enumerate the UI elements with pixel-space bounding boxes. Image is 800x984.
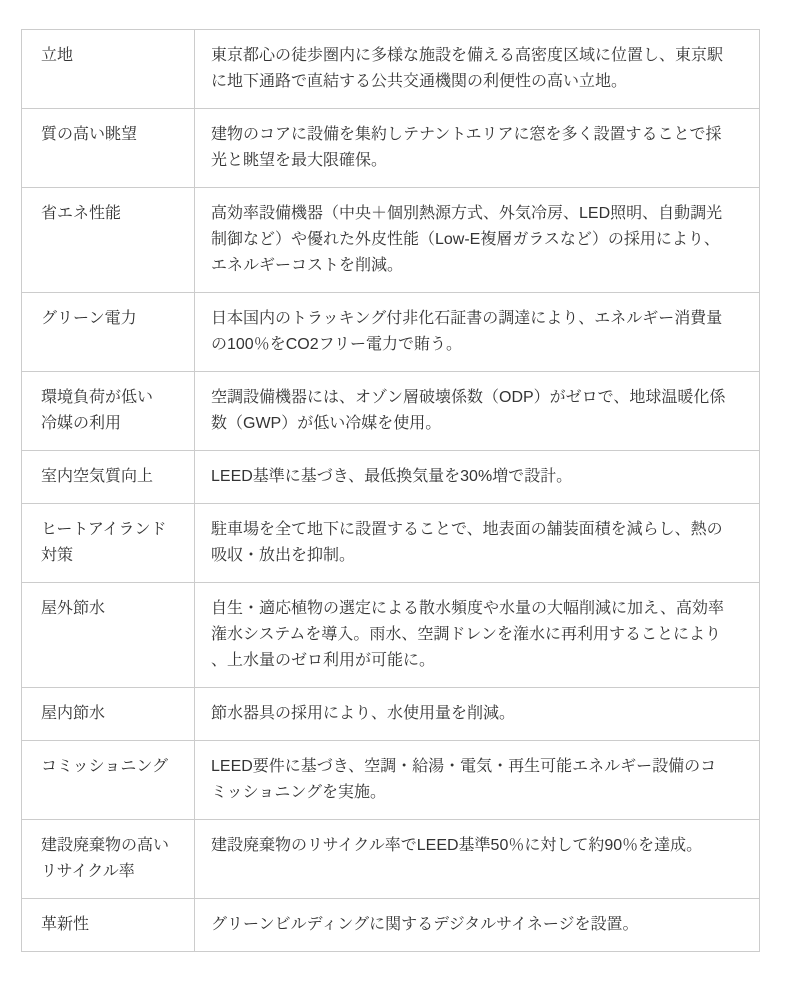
table-row: 環境負荷が低い 冷媒の利用 空調設備機器には、オゾン層破壊係数（ODP）がゼロで… [22, 371, 759, 450]
row-label: 立地 [22, 30, 195, 108]
table-row: 屋外節水 自生・適応植物の選定による散水頻度や水量の大幅削減に加え、高効率潅水シ… [22, 582, 759, 687]
row-label: グリーン電力 [22, 293, 195, 371]
row-description: LEED基準に基づき、最低換気量を30%増で設計。 [195, 451, 759, 503]
row-description: 建物のコアに設備を集約しテナントエリアに窓を多く設置することで採光と眺望を最大限… [195, 109, 759, 187]
row-label: 建設廃棄物の高い リサイクル率 [22, 820, 195, 898]
row-description: グリーンビルディングに関するデジタルサイネージを設置。 [195, 899, 759, 951]
row-label: ヒートアイランド 対策 [22, 504, 195, 582]
table-row: ヒートアイランド 対策 駐車場を全て地下に設置することで、地表面の舗装面積を減ら… [22, 503, 759, 582]
table-row: 省エネ性能 高効率設備機器（中央＋個別熱源方式、外気冷房、LED照明、自動調光制… [22, 187, 759, 292]
row-description: 空調設備機器には、オゾン層破壊係数（ODP）がゼロで、地球温暖化係数（GWP）が… [195, 372, 759, 450]
green-building-feature-table: 立地 東京都心の徒歩圏内に多様な施設を備える高密度区域に位置し、東京駅に地下通路… [21, 29, 760, 952]
table-row: 革新性 グリーンビルディングに関するデジタルサイネージを設置。 [22, 898, 759, 951]
row-label: 屋内節水 [22, 688, 195, 740]
row-description: 日本国内のトラッキング付非化石証書の調達により、エネルギー消費量の100％をCO… [195, 293, 759, 371]
table-row: 質の高い眺望 建物のコアに設備を集約しテナントエリアに窓を多く設置することで採光… [22, 108, 759, 187]
table-row: 建設廃棄物の高い リサイクル率 建設廃棄物のリサイクル率でLEED基準50％に対… [22, 819, 759, 898]
table-row: 立地 東京都心の徒歩圏内に多様な施設を備える高密度区域に位置し、東京駅に地下通路… [22, 30, 759, 108]
row-label: 革新性 [22, 899, 195, 951]
row-description: 高効率設備機器（中央＋個別熱源方式、外気冷房、LED照明、自動調光制御など）や優… [195, 188, 759, 292]
table-row: 室内空気質向上 LEED基準に基づき、最低換気量を30%増で設計。 [22, 450, 759, 503]
row-description: 東京都心の徒歩圏内に多様な施設を備える高密度区域に位置し、東京駅に地下通路で直結… [195, 30, 759, 108]
row-label: 省エネ性能 [22, 188, 195, 292]
row-label: 室内空気質向上 [22, 451, 195, 503]
row-description: 建設廃棄物のリサイクル率でLEED基準50％に対して約90％を達成。 [195, 820, 759, 898]
row-description: LEED要件に基づき、空調・給湯・電気・再生可能エネルギー設備のコミッショニング… [195, 741, 759, 819]
table-row: グリーン電力 日本国内のトラッキング付非化石証書の調達により、エネルギー消費量の… [22, 292, 759, 371]
row-label: 環境負荷が低い 冷媒の利用 [22, 372, 195, 450]
table-row: コミッショニング LEED要件に基づき、空調・給湯・電気・再生可能エネルギー設備… [22, 740, 759, 819]
row-description: 節水器具の採用により、水使用量を削減。 [195, 688, 759, 740]
row-label: コミッショニング [22, 741, 195, 819]
row-label: 質の高い眺望 [22, 109, 195, 187]
row-description: 駐車場を全て地下に設置することで、地表面の舗装面積を減らし、熱の吸収・放出を抑制… [195, 504, 759, 582]
table-row: 屋内節水 節水器具の採用により、水使用量を削減。 [22, 687, 759, 740]
row-label: 屋外節水 [22, 583, 195, 687]
row-description: 自生・適応植物の選定による散水頻度や水量の大幅削減に加え、高効率潅水システムを導… [195, 583, 759, 687]
